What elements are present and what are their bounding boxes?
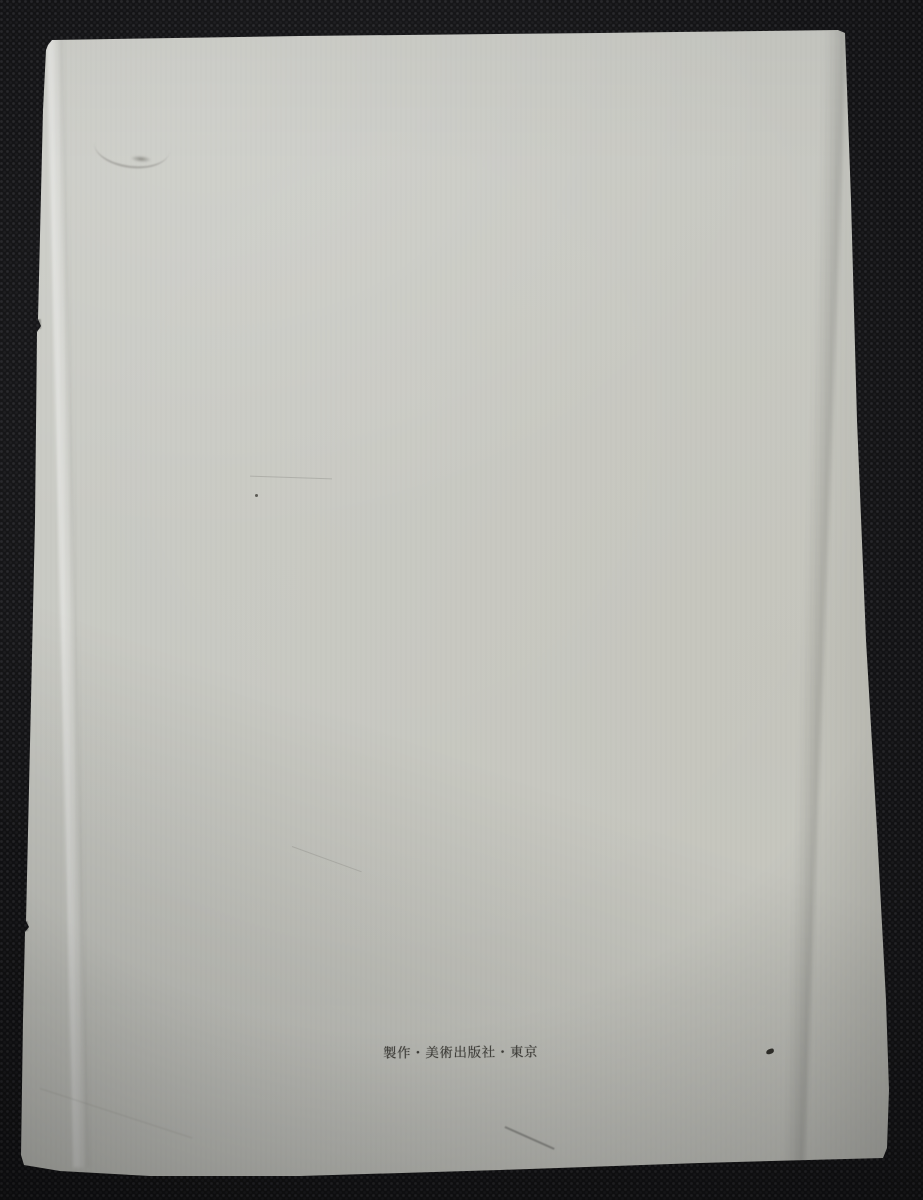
faint-scratch-2	[292, 846, 362, 872]
publisher-imprint: 製作・美術出版社・東京	[383, 1040, 538, 1061]
corner-crease	[40, 1088, 192, 1138]
fore-edge-shade	[782, 25, 847, 1163]
faint-scratch-1	[250, 476, 332, 480]
faint-scratch-3	[505, 1126, 555, 1149]
staple-notch-top	[38, 319, 41, 329]
spine-edge-highlight	[47, 38, 92, 1168]
scuff-mark-arc	[92, 122, 173, 173]
photo-background: 製作・美術出版社・東京	[0, 0, 923, 1200]
staple-notch-bottom	[25, 921, 28, 931]
dark-speck	[766, 1048, 775, 1055]
book-back-cover: 製作・美術出版社・東京	[0, 0, 923, 1200]
small-speck	[255, 494, 258, 497]
